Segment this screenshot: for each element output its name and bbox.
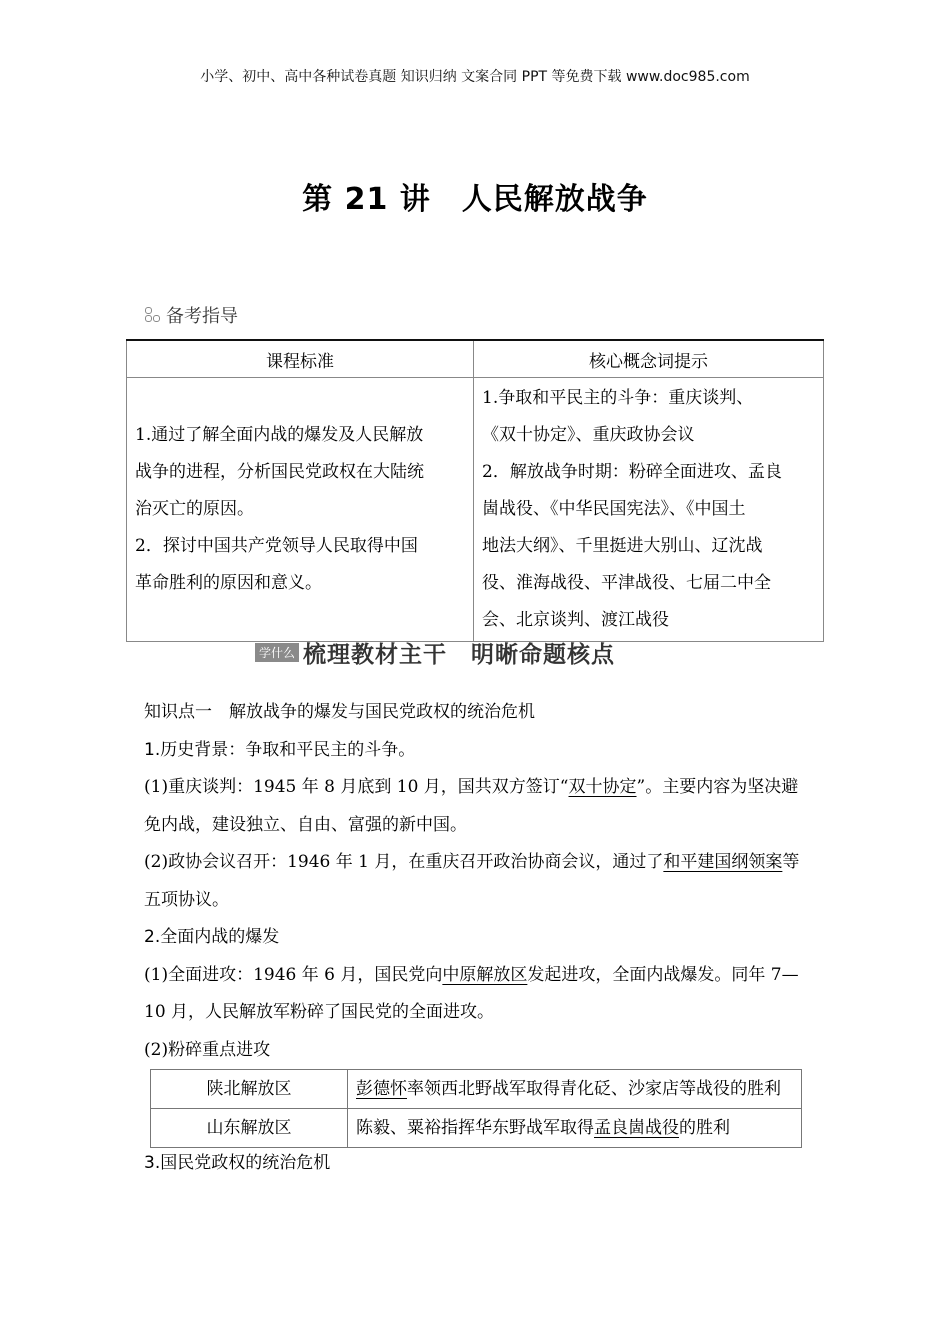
main-content: 知识点一 解放战争的爆发与国民党政权的统治危机 1.历史背景：争取和平民主的斗争… bbox=[144, 694, 812, 1178]
region-cell: 山东解放区 bbox=[151, 1109, 348, 1148]
table-row: 陕北解放区 彭德怀率领西北野战军取得青化砭、沙家店等战役的胜利 bbox=[151, 1070, 802, 1109]
paragraph: (1)全面进攻：1946 年 6 月，国民党向中原解放区发起进攻，全面内战爆发。… bbox=[144, 957, 812, 1032]
event-cell: 彭德怀率领西北野战军取得青化砭、沙家店等战役的胜利 bbox=[348, 1070, 802, 1109]
header-watermark: 小学、初中、高中各种试卷真题 知识归纳 文案合同 PPT 等免费下载 www.d… bbox=[0, 66, 950, 86]
section-heading: 2.全面内战的爆发 bbox=[144, 919, 812, 957]
banner-text: 梳理教材主干 明晰命题核点 bbox=[303, 636, 615, 669]
key-term: 双十协定 bbox=[569, 777, 637, 797]
banner-tag: 学什么 bbox=[255, 643, 299, 662]
guide-table: 课程标准 核心概念词提示 1.通过了解全面内战的爆发及人民解放 战争的进程，分析… bbox=[126, 339, 824, 642]
paragraph: (2)粉碎重点进攻 bbox=[144, 1032, 812, 1070]
standard-line: 革命胜利的原因和意义。 bbox=[135, 565, 465, 602]
section-banner: 学什么 梳理教材主干 明晰命题核点 bbox=[255, 636, 615, 669]
concepts-cell: 1.争取和平民主的斗争：重庆谈判、 《双十协定》、重庆政协会议 2．解放战争时期… bbox=[474, 378, 824, 642]
table-row: 山东解放区 陈毅、粟裕指挥华东野战军取得孟良崮战役的胜利 bbox=[151, 1109, 802, 1148]
guide-heading: 备考指导 bbox=[144, 302, 238, 328]
concept-line: 役、淮海战役、平津战役、七届二中全 bbox=[482, 565, 815, 602]
concept-line: 崮战役、《中华民国宪法》、《中国土 bbox=[482, 491, 815, 528]
concept-line: 会、北京谈判、渡江战役 bbox=[482, 602, 815, 639]
guide-heading-text: 备考指导 bbox=[166, 302, 238, 328]
page-title: 第 21 讲 人民解放战争 bbox=[0, 174, 950, 218]
concept-line: 2．解放战争时期：粉碎全面进攻、孟良 bbox=[482, 454, 815, 491]
standard-cell: 1.通过了解全面内战的爆发及人民解放 战争的进程，分析国民党政权在大陆统 治灭亡… bbox=[127, 378, 474, 642]
key-term: 中原解放区 bbox=[442, 965, 527, 985]
standard-line: 战争的进程，分析国民党政权在大陆统 bbox=[135, 454, 465, 491]
paragraph: (1)重庆谈判：1945 年 8 月底到 10 月，国共双方签订“双十协定”。主… bbox=[144, 769, 812, 844]
col-header-standard: 课程标准 bbox=[127, 340, 474, 378]
section-heading: 1.历史背景：争取和平民主的斗争。 bbox=[144, 732, 812, 770]
standard-line: 2．探讨中国共产党领导人民取得中国 bbox=[135, 528, 465, 565]
standard-line: 治灭亡的原因。 bbox=[135, 491, 465, 528]
region-cell: 陕北解放区 bbox=[151, 1070, 348, 1109]
key-term: 彭德怀 bbox=[356, 1079, 407, 1099]
col-header-concepts: 核心概念词提示 bbox=[474, 340, 824, 378]
concept-line: 《双十协定》、重庆政协会议 bbox=[482, 417, 815, 454]
standard-line: 1.通过了解全面内战的爆发及人民解放 bbox=[135, 417, 465, 454]
key-term: 孟良崮战役 bbox=[594, 1118, 679, 1138]
event-cell: 陈毅、粟裕指挥华东野战军取得孟良崮战役的胜利 bbox=[348, 1109, 802, 1148]
knowledge-point-title: 知识点一 解放战争的爆发与国民党政权的统治危机 bbox=[144, 694, 812, 732]
section-heading: 3.国民党政权的统治危机 bbox=[144, 1148, 812, 1178]
key-term: 和平建国纲领案 bbox=[663, 852, 782, 872]
guide-icon bbox=[144, 306, 162, 324]
paragraph: (2)政协会议召开：1946 年 1 月，在重庆召开政治协商会议，通过了和平建国… bbox=[144, 844, 812, 919]
concept-line: 1.争取和平民主的斗争：重庆谈判、 bbox=[482, 380, 815, 417]
concept-line: 地法大纲》、千里挺进大别山、辽沈战 bbox=[482, 528, 815, 565]
battle-table: 陕北解放区 彭德怀率领西北野战军取得青化砭、沙家店等战役的胜利 山东解放区 陈毅… bbox=[150, 1069, 802, 1148]
